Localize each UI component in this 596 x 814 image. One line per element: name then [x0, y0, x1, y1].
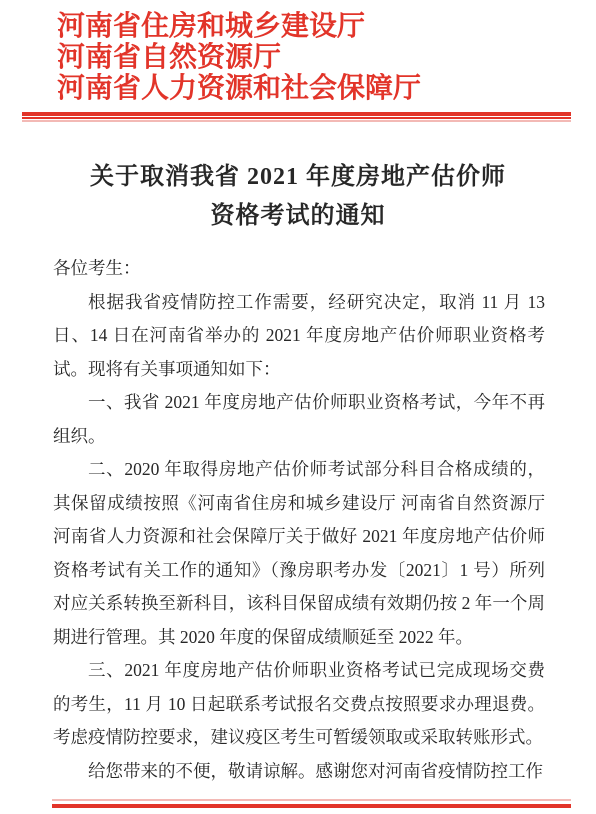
document-title: 关于取消我省 2021 年度房地产估价师 资格考试的通知 — [0, 158, 596, 236]
document-title-line-1: 关于取消我省 2021 年度房地产估价师 — [0, 158, 596, 197]
paragraph-item-1: 一、我省 2021 年度房地产估价师职业资格考试，今年不再组织。 — [53, 386, 545, 453]
masthead: 河南省住房和城乡建设厅 河南省自然资源厅 河南省人力资源和社会保障厅 — [57, 11, 527, 104]
separator-pale-red-line — [22, 120, 571, 122]
masthead-department-3: 河南省人力资源和社会保障厅 — [57, 73, 527, 104]
document-body: 各位考生： 根据我省疫情防控工作需要，经研究决定，取消 11 月 13 日、14… — [53, 252, 545, 788]
masthead-department-1: 河南省住房和城乡建设厅 — [57, 11, 527, 42]
footer-separator-rule — [52, 799, 571, 808]
paragraph-intro: 根据我省疫情防控工作需要，经研究决定，取消 11 月 13 日、14 日在河南省… — [53, 286, 545, 387]
salutation: 各位考生： — [53, 252, 545, 286]
document-title-line-2: 资格考试的通知 — [0, 197, 596, 236]
masthead-separator-rule — [22, 112, 571, 122]
paragraph-item-3: 三、2021 年度房地产估价师职业资格考试已完成现场交费的考生，11 月 10 … — [53, 654, 545, 755]
paragraph-item-2: 二、2020 年取得房地产估价师考试部分科目合格成绩的，其保留成绩按照《河南省住… — [53, 453, 545, 654]
footer-thick-red-line — [52, 804, 571, 808]
masthead-department-2: 河南省自然资源厅 — [57, 42, 527, 73]
paragraph-closing: 给您带来的不便，敬请谅解。感谢您对河南省疫情防控工作 — [53, 755, 545, 789]
document-page: 河南省住房和城乡建设厅 河南省自然资源厅 河南省人力资源和社会保障厅 关于取消我… — [0, 0, 596, 814]
